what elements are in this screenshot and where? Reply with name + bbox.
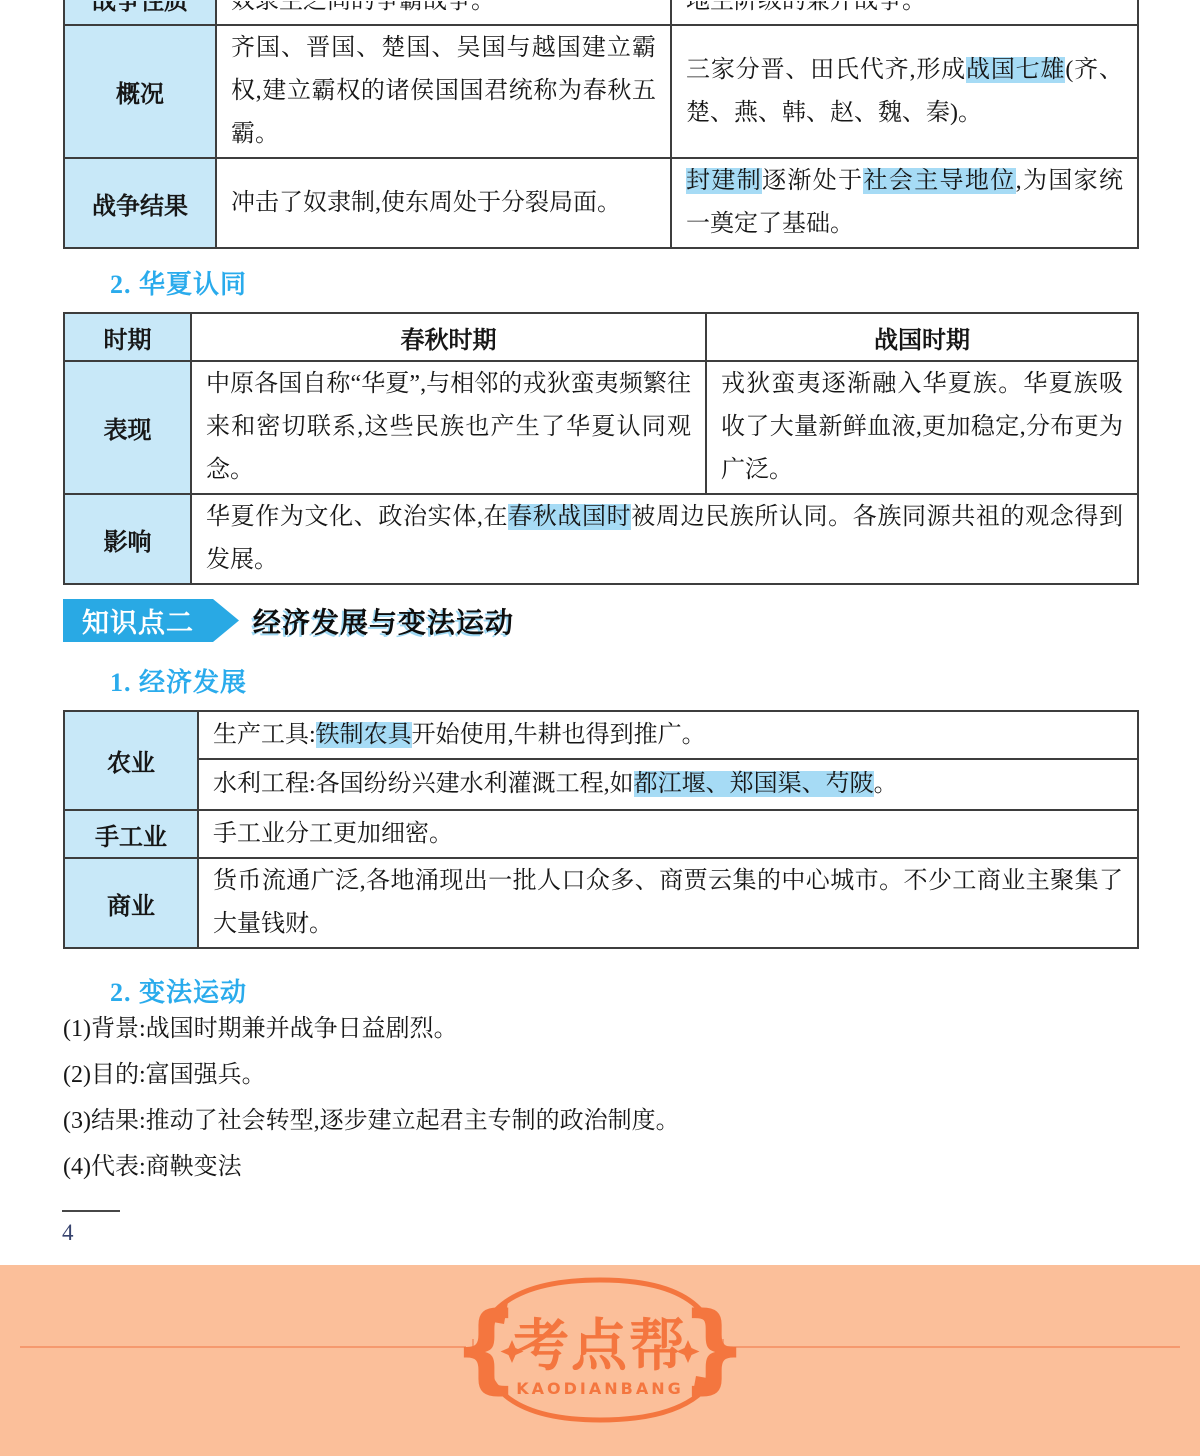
- war-nature-spring-cell: 奴隶主之间的争霸战争。: [216, 0, 671, 25]
- commerce-row: 商业 货币流通广泛,各地涌现出一批人口众多、商贾云集的中心城市。不少工商业主聚集…: [64, 858, 1138, 948]
- agriculture-water-row: 水利工程:各国纷纷兴建水利灌溉工程,如都江堰、郑国渠、芍陂。: [64, 759, 1138, 810]
- agriculture-tools-highlight: 铁制农具: [316, 722, 412, 748]
- agriculture-tools-row: 农业 生产工具:铁制农具开始使用,牛耕也得到推广。: [64, 711, 1138, 759]
- war-result-row: 战争结果 冲击了奴隶制,使东周处于分裂局面。 封建制逐渐处于社会主导地位,为国家…: [64, 158, 1138, 248]
- reform-item-purpose: (2)目的:富国强兵。: [63, 1052, 1137, 1098]
- handicraft-label: 手工业: [64, 810, 198, 858]
- footer-band: { } 考点帮 - KAODIANBANG -: [0, 1265, 1200, 1456]
- agriculture-water-highlight: 都江堰、郑国渠、芍陂: [634, 771, 874, 797]
- huaxia-heading: 2. 华夏认同: [110, 264, 247, 301]
- overview-label: 概况: [64, 25, 216, 158]
- agriculture-label: 农业: [64, 711, 198, 810]
- war-result-highlight: 社会主导地位: [863, 168, 1015, 194]
- war-nature-label: 战争性质: [65, 1, 215, 23]
- period-label: 时期: [64, 313, 191, 361]
- overview-row: 概况 齐国、晋国、楚国、吴国与越国建立霸权,建立霸权的诸侯国国君统称为春秋五霸。…: [64, 25, 1138, 158]
- influence-seg: 华夏作为文化、政治实体,在: [206, 504, 508, 530]
- knowledge-point-title: 经济发展与变法运动: [253, 601, 514, 641]
- war-result-spring-cell: 冲击了奴隶制,使东周处于分裂局面。: [216, 158, 671, 248]
- manifestation-row: 表现 中原各国自称“华夏”,与相邻的戎狄蛮夷频繁往来和密切联系,这些民族也产生了…: [64, 361, 1138, 494]
- war-table: 战争性质 奴隶主之间的争霸战争。 地主阶级的兼并战争。 概况 齐国、晋国、楚国、…: [63, 0, 1139, 249]
- kaodianbang-logo: { } 考点帮 - KAODIANBANG -: [450, 1268, 750, 1428]
- agriculture-tools-cell: 生产工具:铁制农具开始使用,牛耕也得到推广。: [198, 711, 1138, 759]
- reform-item-background: (1)背景:战国时期兼并战争日益剧烈。: [63, 1006, 1137, 1052]
- war-nature-row: 战争性质 奴隶主之间的争霸战争。 地主阶级的兼并战争。: [64, 0, 1138, 25]
- page-root: { "page": { "number": "4" }, "colors": {…: [0, 0, 1200, 1456]
- reform-item-result: (3)结果:推动了社会转型,逐步建立起君主专制的政治制度。: [63, 1098, 1137, 1144]
- influence-row: 影响 华夏作为文化、政治实体,在春秋战国时被周边民族所认同。各族同源共祖的观念得…: [64, 494, 1138, 584]
- agriculture-tools-seg: 开始使用,牛耕也得到推广。: [412, 722, 706, 748]
- war-result-spring-text: 冲击了奴隶制,使东周处于分裂局面。: [231, 190, 621, 216]
- logo-brand-en: - KAODIANBANG -: [498, 1379, 702, 1398]
- war-nature-label-cell: 战争性质: [64, 0, 216, 25]
- logo-brand-cn: 考点帮: [513, 1314, 687, 1379]
- reform-heading: 2. 变法运动: [110, 972, 247, 1009]
- manifestation-spring-text: 中原各国自称“华夏”,与相邻的戎狄蛮夷频繁往来和密切联系,这些民族也产生了华夏认…: [206, 371, 691, 483]
- page-number: 4: [62, 1220, 74, 1246]
- warring-period-header: 战国时期: [706, 313, 1138, 361]
- overview-spring-cell: 齐国、晋国、楚国、吴国与越国建立霸权,建立霸权的诸侯国国君统称为春秋五霸。: [216, 25, 671, 158]
- agriculture-water-seg: 。: [874, 771, 898, 797]
- overview-warring-seg: 三家分晋、田氏代齐,形成: [686, 57, 966, 83]
- war-nature-warring-cell: 地主阶级的兼并战争。: [671, 0, 1138, 25]
- manifestation-warring-cell: 戎狄蛮夷逐渐融入华夏族。华夏族吸收了大量新鲜血液,更加稳定,分布更为广泛。: [706, 361, 1138, 494]
- agriculture-water-seg: 水利工程:各国纷纷兴建水利灌溉工程,如: [213, 771, 634, 797]
- handicraft-cell: 手工业分工更加细密。: [198, 810, 1138, 858]
- overview-warring-cell: 三家分晋、田氏代齐,形成战国七雄(齐、楚、燕、韩、赵、魏、秦)。: [671, 25, 1138, 158]
- influence-cell: 华夏作为文化、政治实体,在春秋战国时被周边民族所认同。各族同源共祖的观念得到发展…: [191, 494, 1138, 584]
- war-nature-warring-text: 地主阶级的兼并战争。: [686, 1, 1123, 23]
- commerce-label: 商业: [64, 858, 198, 948]
- economy-table: 农业 生产工具:铁制农具开始使用,牛耕也得到推广。 水利工程:各国纷纷兴建水利灌…: [63, 710, 1139, 949]
- manifestation-spring-cell: 中原各国自称“华夏”,与相邻的戎狄蛮夷频繁往来和密切联系,这些民族也产生了华夏认…: [191, 361, 706, 494]
- war-result-seg: 逐渐处于: [762, 168, 863, 194]
- war-result-warring-cell: 封建制逐渐处于社会主导地位,为国家统一奠定了基础。: [671, 158, 1138, 248]
- war-nature-spring-text: 奴隶主之间的争霸战争。: [231, 1, 656, 23]
- overview-warring-highlight: 战国七雄: [966, 57, 1065, 83]
- agriculture-water-cell: 水利工程:各国纷纷兴建水利灌溉工程,如都江堰、郑国渠、芍陂。: [198, 759, 1138, 810]
- page-number-rule: [62, 1210, 120, 1212]
- manifestation-warring-text: 戎狄蛮夷逐渐融入华夏族。华夏族吸收了大量新鲜血液,更加稳定,分布更为广泛。: [721, 371, 1123, 483]
- huaxia-header-row: 时期 春秋时期 战国时期: [64, 313, 1138, 361]
- agriculture-tools-seg: 生产工具:: [213, 722, 316, 748]
- footer-divider-right: [727, 1346, 1180, 1348]
- influence-highlight: 春秋战国时: [508, 504, 631, 530]
- spring-period-header: 春秋时期: [191, 313, 706, 361]
- economy-heading: 1. 经济发展: [110, 662, 247, 699]
- reform-list: (1)背景:战国时期兼并战争日益剧烈。 (2)目的:富国强兵。 (3)结果:推动…: [63, 1006, 1137, 1190]
- commerce-cell: 货币流通广泛,各地涌现出一批人口众多、商贾云集的中心城市。不少工商业主聚集了大量…: [198, 858, 1138, 948]
- war-result-highlight: 封建制: [686, 168, 762, 194]
- overview-spring-text: 齐国、晋国、楚国、吴国与越国建立霸权,建立霸权的诸侯国国君统称为春秋五霸。: [231, 35, 656, 147]
- manifestation-label: 表现: [64, 361, 191, 494]
- footer-divider-left: [20, 1346, 466, 1348]
- huaxia-table: 时期 春秋时期 战国时期 表现 中原各国自称“华夏”,与相邻的戎狄蛮夷频繁往来和…: [63, 312, 1139, 585]
- handicraft-row: 手工业 手工业分工更加细密。: [64, 810, 1138, 858]
- knowledge-point-badge: 知识点二: [63, 599, 239, 642]
- influence-label: 影响: [64, 494, 191, 584]
- knowledge-point-banner: 知识点二 经济发展与变法运动: [63, 599, 514, 642]
- war-result-label: 战争结果: [64, 158, 216, 248]
- reform-item-representative: (4)代表:商鞅变法: [63, 1144, 1137, 1190]
